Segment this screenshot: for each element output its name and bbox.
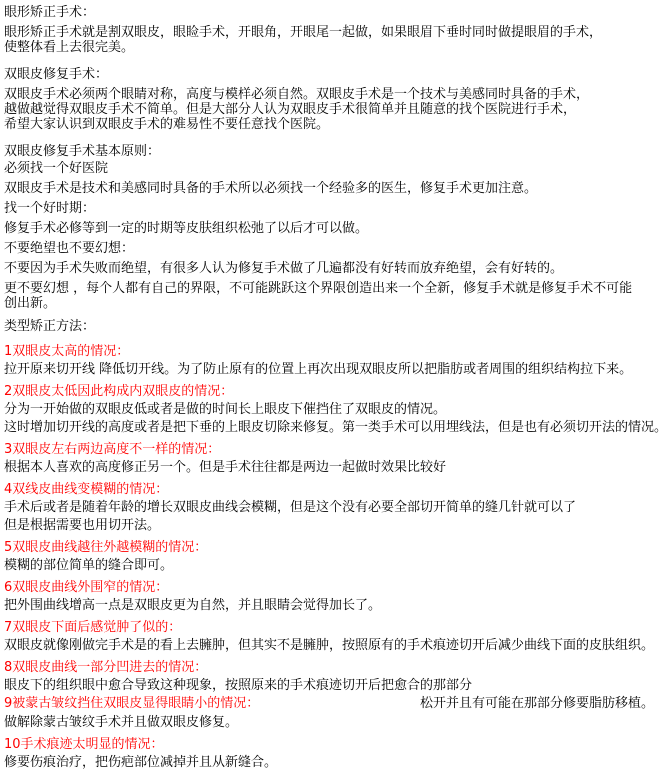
intro-title: 眼形矫正手术： <box>4 5 656 20</box>
case-heading-10: 10手术痕迹太明显的情况： <box>4 737 656 752</box>
text-line: 创出新。 <box>4 296 656 311</box>
case-body-line: 做解除蒙古皱纹手术并且做双眼皮修复。 <box>4 715 656 730</box>
case-heading-6: 6双眼皮曲线外围窄的情况： <box>4 580 656 595</box>
principle-desc: 修复手术必修等到一定的时期等皮肤组织松弛了以后才可以做。 <box>4 221 656 236</box>
principle-rule: 不要绝望也不要幻想： <box>4 241 656 256</box>
principle-rule: 找一个好时期： <box>4 201 656 216</box>
case-heading-1: 1双眼皮太高的情况： <box>4 344 656 359</box>
document: 眼形矫正手术： 眼形矫正手术就是割双眼皮，眼睑手术，开眼角，开眼尾一起做，如果眼… <box>0 0 660 770</box>
text-line: 更不要幻想 ，每个人都有自己的界限，不可能跳跃这个界限创造出来一个全新，修复手术… <box>4 281 656 296</box>
text-line: 双眼皮手术必须两个眼睛对称，高度与模样必须自然。双眼皮手术是一个技术与美感同时具… <box>4 87 656 102</box>
case-body-line: 拉开原来切开线 降低切开线。为了防止原有的位置上再次出现双眼皮所以把脂肪或者周围… <box>4 362 656 377</box>
text-line: 使整体看上去很完美。 <box>4 40 656 55</box>
repair-paragraph: 双眼皮手术必须两个眼睛对称，高度与模样必须自然。双眼皮手术是一个技术与美感同时具… <box>4 87 656 132</box>
text-line: 希望大家认识到双眼皮手术的难易性不要任意找个医院。 <box>4 117 656 132</box>
intro-paragraph: 眼形矫正手术就是割双眼皮，眼睑手术，开眼角，开眼尾一起做，如果眼眉下垂时同时做提… <box>4 25 656 55</box>
case-body-line: 眼皮下的组织眼中愈合导致这种现象，按照原来的手术痕迹切开后把愈合的那部分 <box>4 678 656 693</box>
principle-desc: 双眼皮手术是技术和美感同时具备的手术所以必须找一个经验多的医生，修复手术更加注意… <box>4 181 656 196</box>
case-body-line: 把外围曲线增高一点是双眼皮更为自然，并且眼睛会觉得加长了。 <box>4 598 656 613</box>
repair-title: 双眼皮修复手术： <box>4 67 656 82</box>
principle-rule: 必须找一个好医院 <box>4 161 656 176</box>
case-heading-5: 5双眼皮曲线越往外越模糊的情况： <box>4 540 656 555</box>
case-heading-2: 2双眼皮太低因此构成内双眼皮的情况： <box>4 384 656 399</box>
text-line: 越做越觉得双眼皮手术不简单。但是大部分人认为双眼皮手术很简单并且随意的找个医院进… <box>4 102 656 117</box>
principle-desc: 不要因为手术失败而绝望，有很多人认为修复手术做了几遍都没有好转而放弃绝望，会有好… <box>4 261 656 276</box>
case-body-line: 根据本人喜欢的高度修正另一个。但是手术往往都是两边一起做时效果比较好 <box>4 460 656 475</box>
case-heading-7: 7双眼皮下面后感觉肿了似的： <box>4 620 656 635</box>
case-body-line: 模糊的部位简单的缝合即可。 <box>4 558 656 573</box>
case-heading-4: 4双线皮曲线变模糊的情况： <box>4 482 656 497</box>
case-body-line: 手术后或者是随着年龄的增长双眼皮曲线会模糊，但是这个没有必要全部切开简单的缝几针… <box>4 500 656 515</box>
case-body-line: 分为一开始做的双眼皮低或者是做的时间长上眼皮下催挡住了双眼皮的情况。 <box>4 402 656 417</box>
case-body-line: 这时增加切开线的高度或者是把下垂的上眼皮切除来修复。第一类手术可以用埋线法，但是… <box>4 420 656 435</box>
case-body-line: 双眼皮就像刚做完手术是的看上去臃肿，但其实不是臃肿，按照原有的手术痕迹切开后减少… <box>4 638 656 653</box>
principles-title: 双眼皮修复手术基本原则： <box>4 144 656 159</box>
text-line: 眼形矫正手术就是割双眼皮，眼睑手术，开眼角，开眼尾一起做，如果眼眉下垂时同时做提… <box>4 25 656 40</box>
case-8-overflow-line: 松开并且有可能在那部分修要脂肪移植。 <box>420 696 656 711</box>
case-body-line: 但是根据需要也用切开法。 <box>4 518 656 533</box>
case-heading-3: 3双眼皮左右两边高度不一样的情况： <box>4 442 656 457</box>
methods-title: 类型矫正方法： <box>4 319 656 334</box>
case-9-heading-row: 9被蒙古皱纹挡住双眼皮显得眼睛小的情况： 松开并且有可能在那部分修要脂肪移植。 <box>4 696 656 711</box>
case-body-line: 修要伤痕治疗，把伤疤部位减掉并且从新缝合。 <box>4 755 656 770</box>
principle-desc-paragraph: 更不要幻想 ，每个人都有自己的界限，不可能跳跃这个界限创造出来一个全新，修复手术… <box>4 281 656 311</box>
case-heading-9: 9被蒙古皱纹挡住双眼皮显得眼睛小的情况： <box>4 696 259 711</box>
case-heading-8: 8双眼皮曲线一部分凹进去的情况： <box>4 660 656 675</box>
